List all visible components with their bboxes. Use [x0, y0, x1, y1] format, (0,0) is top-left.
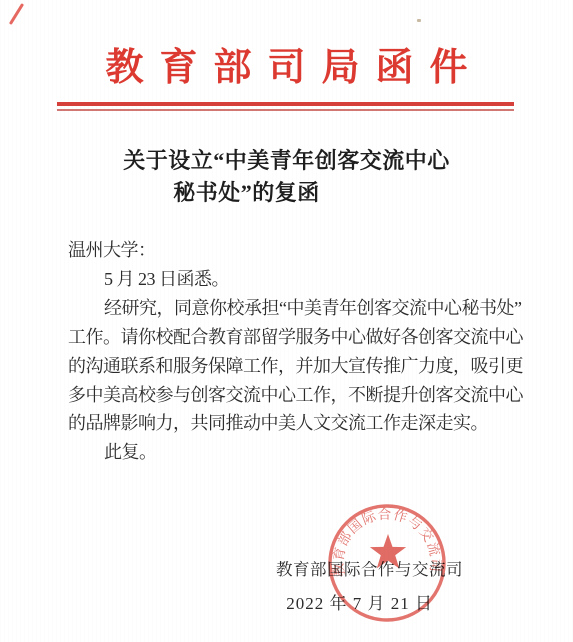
body-line: 的品牌影响力，共同推动中美人文交流工作走深走实。	[68, 409, 505, 438]
body-line: 5 月 23 日函悉。	[68, 265, 505, 294]
document-title: 关于设立“中美青年创客交流中心 秘书处”的复函	[0, 145, 573, 209]
seal-circle	[330, 506, 444, 620]
letterhead-rule-thick	[57, 102, 514, 106]
letter-body: 温州大学： 5 月 23 日函悉。 经研究，同意你校承担“中美青年创客交流中心秘…	[68, 236, 505, 467]
salutation: 温州大学：	[68, 236, 505, 265]
body-line: 工作。请你校配合教育部留学服务中心做好各创客交流中心	[68, 323, 505, 352]
closing-line: 此复。	[68, 438, 505, 467]
body-line: 多中美高校参与创客交流中心工作，不断提升创客交流中心	[68, 381, 505, 410]
official-seal: 教育部国际合作与交流司	[312, 488, 462, 638]
body-line: 经研究，同意你校承担“中美青年创客交流中心秘书处”	[68, 294, 505, 323]
letter-page: 教育部司局函件 关于设立“中美青年创客交流中心 秘书处”的复函 温州大学： 5 …	[0, 0, 573, 642]
seal-star-icon	[370, 534, 406, 568]
document-title-line-1: 关于设立“中美青年创客交流中心	[0, 145, 573, 177]
body-line: 的沟通联系和服务保障工作，并加大宣传推广力度，吸引更	[68, 352, 505, 381]
letterhead-rule-thin	[57, 109, 514, 111]
scan-corner-mark	[9, 3, 24, 25]
document-title-line-2: 秘书处”的复函	[0, 177, 533, 209]
letterhead-title: 教育部司局函件	[0, 47, 573, 89]
scan-speck	[417, 19, 421, 22]
